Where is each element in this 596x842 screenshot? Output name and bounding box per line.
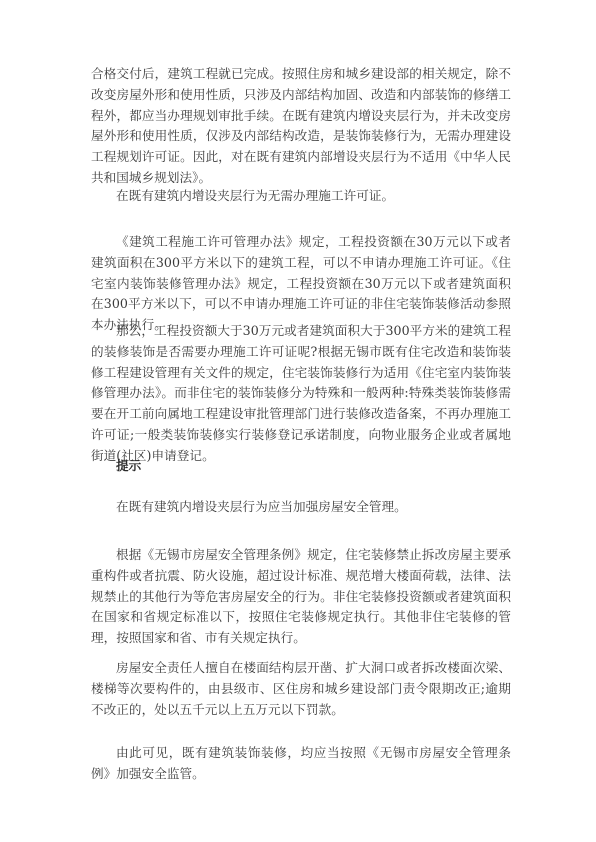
paragraph-safety-regulations: 根据《无锡市房屋安全管理条例》规定，住宅装修禁止拆改房屋主要承重构件或者抗震、防… — [91, 545, 511, 649]
paragraph-no-construction-permit: 在既有建筑内增设夹层行为无需办理施工许可证。 — [91, 186, 511, 207]
paragraph-penalties: 房屋安全责任人擅自在楼面结构层开凿、扩大洞口或者拆改楼面次梁、楼梯等次要构件的，… — [91, 658, 511, 720]
paragraph-planning-permit: 合格交付后，建筑工程就已完成。按照住房和城乡建设部的相关规定，除不改变房屋外形和… — [91, 64, 511, 189]
paragraph-conclusion: 由此可见，既有建筑装饰装修，均应当按照《无锡市房屋安全管理条例》加强安全监管。 — [91, 743, 511, 785]
paragraph-large-projects: 那么，工程投资额大于30万元或者建筑面积大于300平方米的建筑工程的装修装饰是否… — [91, 321, 511, 467]
tips-heading: 提示 — [116, 456, 141, 477]
paragraph-safety-management: 在既有建筑内增设夹层行为应当加强房屋安全管理。 — [91, 497, 511, 518]
